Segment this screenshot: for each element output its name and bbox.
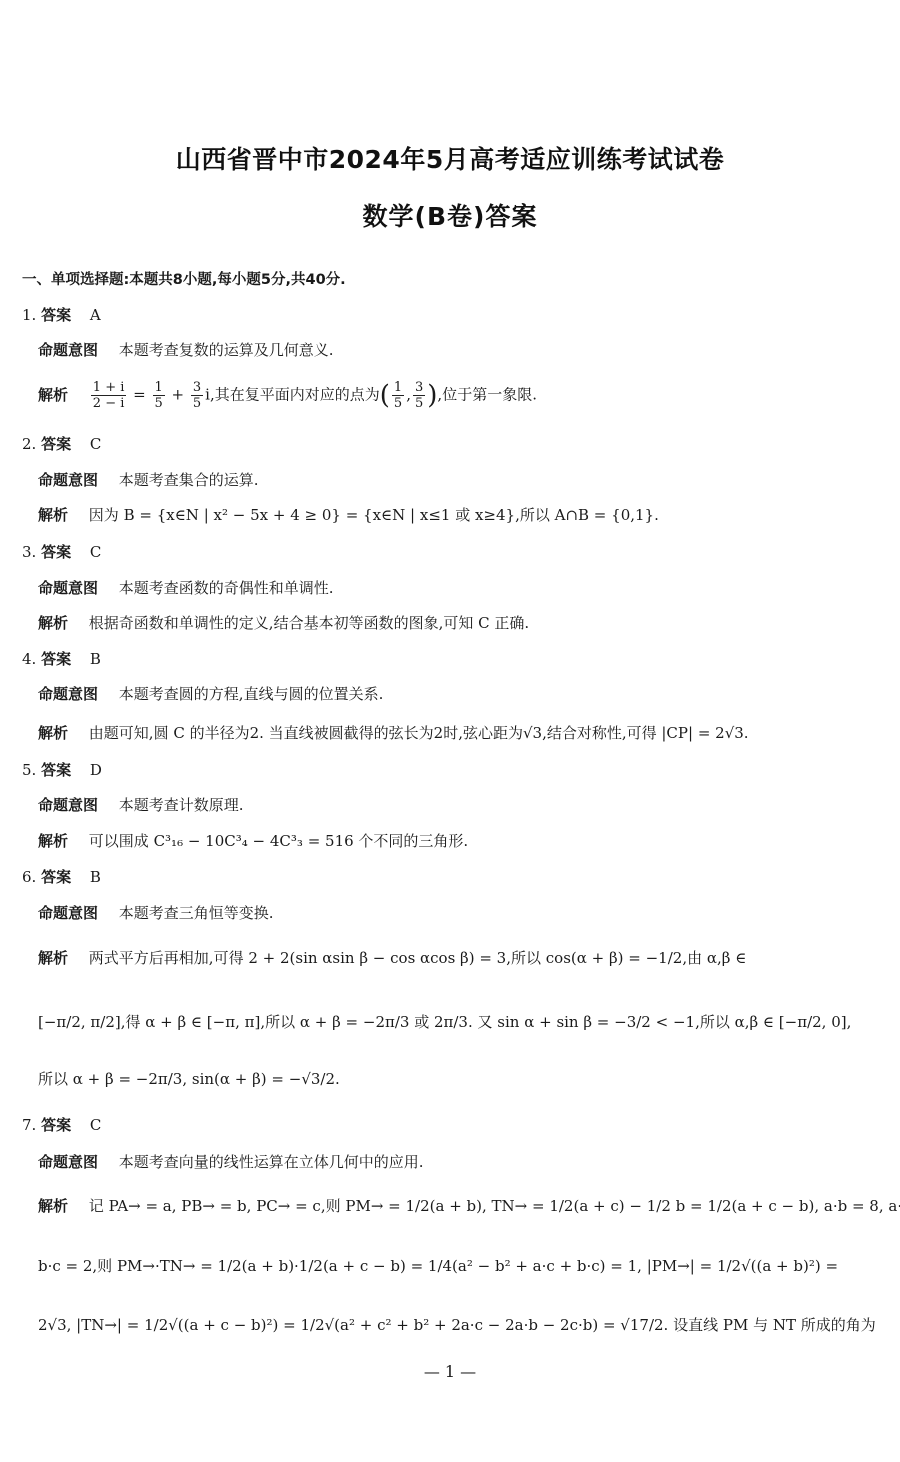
question-number: 1.: [22, 306, 36, 324]
document-subtitle: 数学(B卷)答案: [0, 197, 900, 233]
question-2-analysis: 解析 因为 B = {x∈N | x² − 5x + 4 ≥ 0} = {x∈N…: [38, 505, 659, 525]
question-3-answer: 3. 答案 C: [22, 542, 101, 562]
question-3-intent: 命题意图 本题考查函数的奇偶性和单调性.: [38, 578, 334, 598]
intent-label: 命题意图: [38, 341, 98, 359]
answer-value: A: [90, 306, 101, 324]
fraction: 1 + i2 − i: [91, 380, 127, 411]
question-1-answer: 1. 答案 A: [22, 305, 101, 325]
question-6-analysis: 解析 两式平方后再相加,可得 2 + 2(sin αsin β − cos αc…: [38, 948, 746, 968]
fraction: 35: [191, 380, 203, 411]
question-7-answer: 7. 答案 C: [22, 1115, 101, 1135]
page-number: — 1 —: [0, 1362, 900, 1381]
analysis-label: 解析: [38, 386, 68, 404]
question-2-intent: 命题意图 本题考查集合的运算.: [38, 470, 259, 490]
fraction: 15: [153, 380, 165, 411]
question-6-analysis-line-3: 所以 α + β = −2π/3, sin(α + β) = −√3/2.: [38, 1069, 340, 1089]
question-4-answer: 4. 答案 B: [22, 649, 101, 669]
question-6-intent: 命题意图 本题考查三角恒等变换.: [38, 903, 274, 923]
question-7-analysis-line-3: 2√3, |TN→| = 1/2√((a + c − b)²) = 1/2√(a…: [38, 1315, 876, 1335]
question-6-answer: 6. 答案 B: [22, 867, 101, 887]
question-1-analysis: 解析 1 + i2 − i = 15 + 35i,其在复平面内对应的点为(15,…: [38, 380, 537, 411]
intent-text: 本题考查复数的运算及几何意义.: [119, 341, 334, 359]
question-7-intent: 命题意图 本题考查向量的线性运算在立体几何中的应用.: [38, 1152, 424, 1172]
answer-key-page: 山西省晋中市2024年5月高考适应训练考试试卷 数学(B卷)答案 一、单项选择题…: [0, 0, 900, 1462]
question-5-intent: 命题意图 本题考查计数原理.: [38, 795, 244, 815]
question-4-analysis: 解析 由题可知,圆 C 的半径为2. 当直线被圆截得的弦长为2时,弦心距为√3,…: [38, 723, 749, 743]
question-7-analysis-line-2: b·c = 2,则 PM→·TN→ = 1/2(a + b)·1/2(a + c…: [38, 1256, 838, 1276]
question-2-answer: 2. 答案 C: [22, 434, 101, 454]
question-4-intent: 命题意图 本题考查圆的方程,直线与圆的位置关系.: [38, 684, 383, 704]
question-5-answer: 5. 答案 D: [22, 760, 102, 780]
question-7-analysis: 解析 记 PA→ = a, PB→ = b, PC→ = c,则 PM→ = 1…: [38, 1196, 900, 1216]
question-6-analysis-line-2: [−π/2, π/2],得 α + β ∈ [−π, π],所以 α + β =…: [38, 1012, 851, 1032]
question-1-intent: 命题意图 本题考查复数的运算及几何意义.: [38, 340, 334, 360]
question-3-analysis: 解析 根据奇函数和单调性的定义,结合基本初等函数的图象,可知 C 正确.: [38, 613, 529, 633]
question-5-analysis: 解析 可以围成 C³₁₆ − 10C³₄ − 4C³₃ = 516 个不同的三角…: [38, 831, 468, 851]
document-title: 山西省晋中市2024年5月高考适应训练考试试卷: [0, 140, 900, 176]
answer-label: 答案: [41, 306, 71, 324]
section-heading: 一、单项选择题:本题共8小题,每小题5分,共40分.: [22, 270, 346, 290]
